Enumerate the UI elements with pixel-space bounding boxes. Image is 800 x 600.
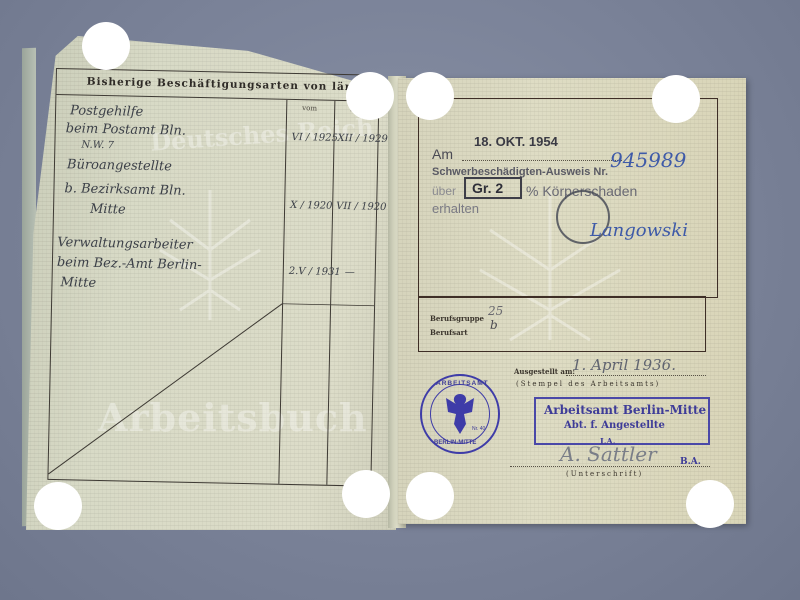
column-divider-to <box>326 101 335 485</box>
round-stamp-top: ARBEITSAMT <box>436 380 489 387</box>
entry-1-from: VI / 1925 <box>291 132 338 144</box>
entry-3-to: — <box>345 267 355 278</box>
column-divider-from <box>278 100 287 484</box>
entry-1-line-3: N.W. 7 <box>81 140 114 152</box>
date-line <box>462 160 622 161</box>
unterschrift-caption: (Unterschrift) <box>566 470 643 478</box>
entry-2-line-2: b. Bezirksamt Bln. <box>64 181 186 199</box>
entry-3-from: 2.V / 1931 <box>289 266 341 278</box>
redaction-dot <box>34 482 82 530</box>
erhalten-label: erhalten <box>432 201 479 216</box>
signature-sattler: A. Sattler <box>560 442 657 466</box>
round-stamp-bottom: BERLIN-MITTE <box>434 440 476 446</box>
berufsgruppe-value: 25 <box>488 304 503 318</box>
redaction-dot <box>686 480 734 528</box>
ausweis-number: 945989 <box>610 148 686 172</box>
entry-1-line-1: Postgehilfe <box>70 103 143 120</box>
entry-3-line-3: Mitte <box>60 275 96 291</box>
entry-2-from: X / 1920 <box>290 200 333 212</box>
table-header: Bisherige Beschäftigungsarten von länger… <box>56 69 378 102</box>
entry-3-line-2: beim Bez.-Amt Berlin- <box>57 255 202 273</box>
employment-history-table: Bisherige Beschäftigungsarten von länger… <box>47 68 380 487</box>
berufsart-label: Berufsart <box>430 328 468 337</box>
redaction-dot <box>346 72 394 120</box>
ausgestellt-line <box>566 375 706 376</box>
official-signature: Langowski <box>590 220 688 241</box>
entry-1-to: XII / 1929 <box>337 133 387 145</box>
beruf-box <box>418 296 706 352</box>
ausgestellt-value: 1. April 1936. <box>572 356 676 374</box>
ueber-label: über <box>432 184 456 198</box>
am-label: Am <box>432 146 453 162</box>
column-label-from: vom <box>302 104 317 112</box>
redaction-dot <box>406 472 454 520</box>
berufsgruppe-label: Berufsgruppe <box>430 314 484 323</box>
arbeitsamt-round-stamp: ARBEITSAMT BERLIN-MITTE Nr. 40 <box>420 374 500 454</box>
rect-stamp-line-2: Abt. f. Angestellte <box>564 420 665 431</box>
stamp-date: 18. OKT. 1954 <box>474 134 558 149</box>
berufsart-value: b <box>490 318 498 332</box>
entry-2-line-1: Büroangestellte <box>67 157 172 174</box>
open-arbeitsbuch: Deutsches Reich Arbeitsbuch Bisherige Be… <box>0 0 800 600</box>
grade-box: Gr. 2 <box>464 177 522 199</box>
redaction-dot <box>82 22 130 70</box>
redaction-dot <box>406 72 454 120</box>
round-stamp-number: Nr. 40 <box>472 426 485 432</box>
redaction-dot <box>342 470 390 518</box>
entry-1-line-2: beim Postamt Bln. <box>66 121 187 139</box>
entry-2-to: VII / 1920 <box>336 201 387 213</box>
signature-line <box>510 466 710 467</box>
entry-2-line-3: Mitte <box>90 202 126 218</box>
entry-3-line-1: Verwaltungsarbeiter <box>57 235 193 253</box>
stempel-caption: (Stempel des Arbeitsamts) <box>516 380 660 388</box>
rect-stamp-line-1: Arbeitsamt Berlin-Mitte <box>544 403 706 417</box>
redaction-dot <box>652 75 700 123</box>
